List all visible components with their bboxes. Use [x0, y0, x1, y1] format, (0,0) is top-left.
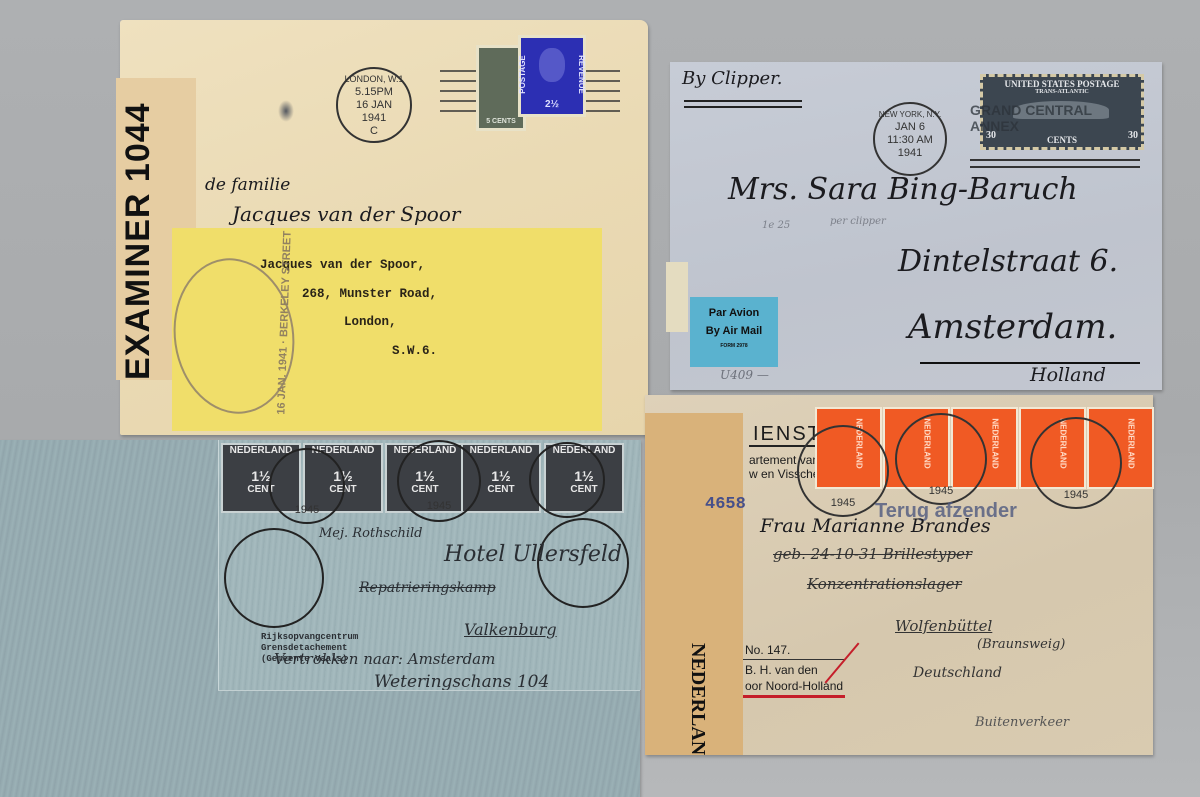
envelope-flap: NEDERLAND1½CENT NEDERLAND1½CENT NEDERLAN…	[218, 440, 641, 690]
censor-strip-text: EXAMINER 1044	[118, 78, 158, 380]
envelope-new-york-1941: By Clipper. NEW YORK, N.Y. JAN 6 11:30 A…	[670, 62, 1162, 390]
red-arrow-icon	[825, 642, 860, 683]
german-censor-tape	[666, 262, 688, 332]
ink-smudge	[278, 100, 294, 122]
envelope-london-1941: EXAMINER 1044 LONDON, W.1 5.15PM 16 JAN …	[120, 20, 648, 435]
postmark-1945-c	[529, 442, 605, 518]
censor-strip-nederland: NEDERLAN	[645, 413, 743, 755]
stamp-blue-george-vi: POSTAGE REVENUE 2½	[518, 35, 586, 117]
postmark-1945-orange-b: 1945	[895, 413, 987, 505]
postmark-1945-orange-c: 1945	[1030, 417, 1122, 509]
postmark-new-york: NEW YORK, N.Y. JAN 6 11:30 AM 1941	[873, 102, 947, 176]
postmark-1945-a: 1945	[269, 448, 345, 524]
postmark-1945-b: 1945	[397, 440, 481, 522]
airmail-label: Par Avion By Air Mail FORM 2978	[690, 297, 778, 367]
envelope-orange-1945: IENST. artement van w en Visscherij NEDE…	[645, 395, 1153, 755]
postmark-london: LONDON, W.1 5.15PM 16 JAN 1941 C	[336, 67, 412, 143]
postmark-round-d	[224, 528, 324, 628]
red-underline	[743, 695, 845, 698]
envelope-blue-1945: NEDERLAND1½CENT NEDERLAND1½CENT NEDERLAN…	[0, 440, 640, 797]
king-portrait-icon	[539, 48, 565, 82]
